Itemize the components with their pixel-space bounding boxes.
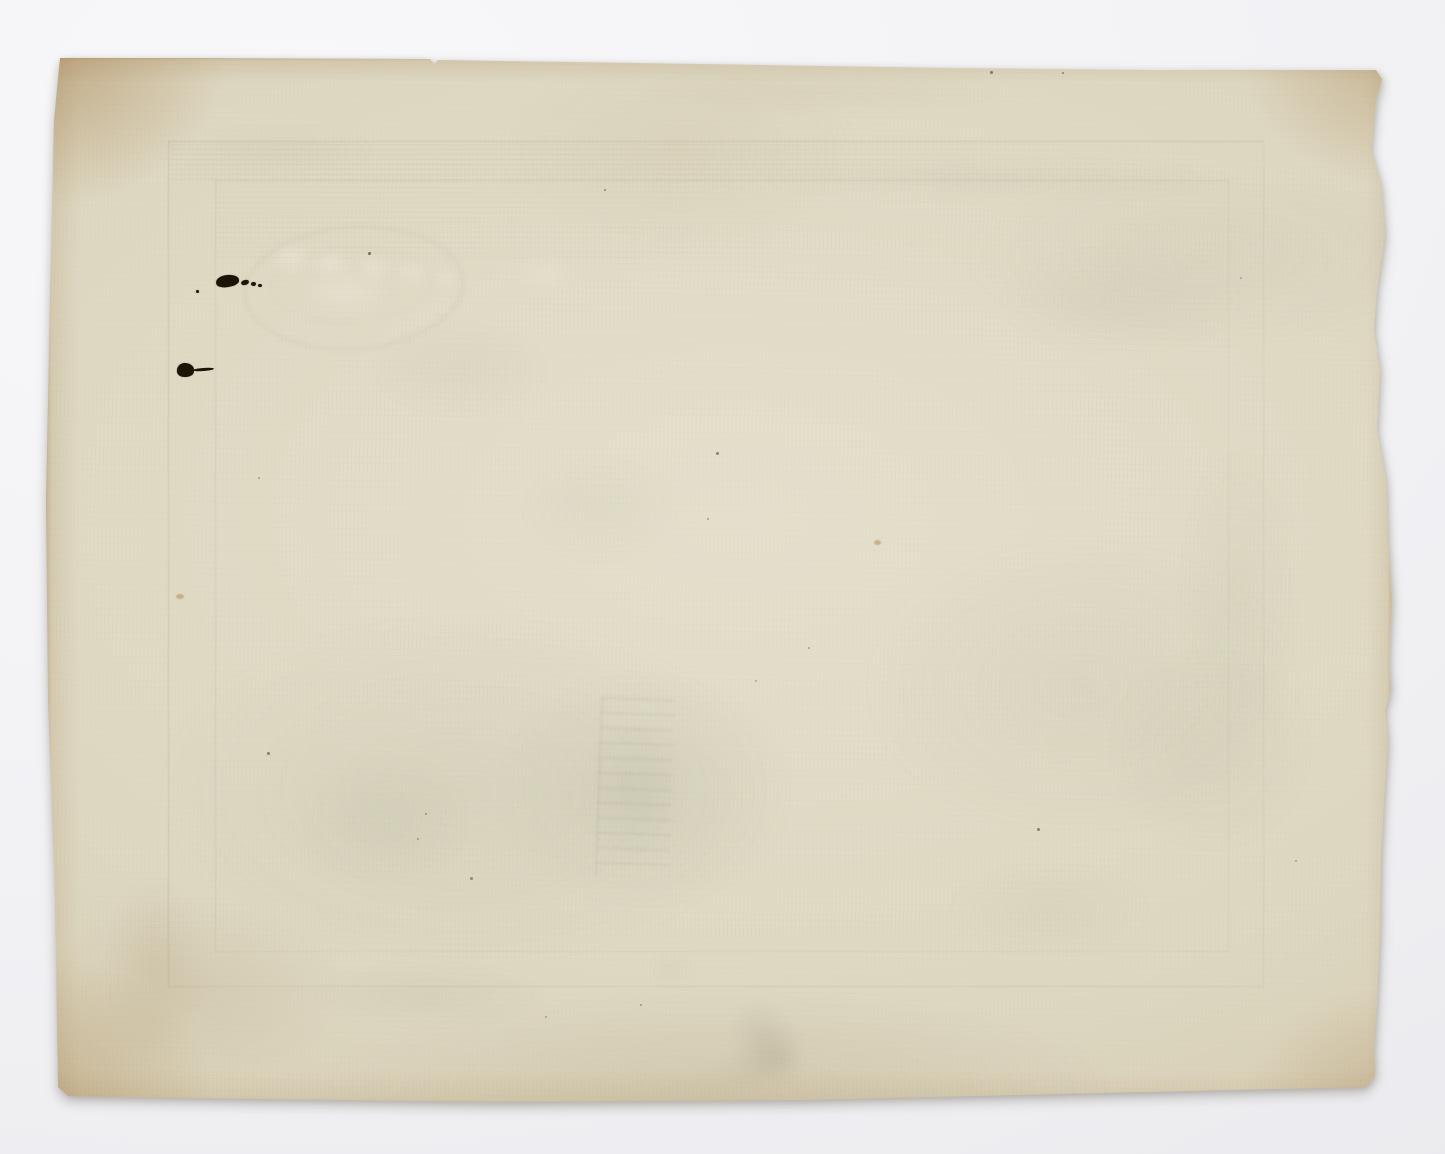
paper-speck [707,518,709,520]
ink-splatter-dot [258,284,262,287]
paper-speck [808,647,810,649]
paper-speck [545,1016,547,1018]
show-through-highlight [285,264,405,320]
show-through-blob [260,950,600,1040]
paper-speck [425,813,427,815]
paper-speck [267,752,270,755]
paper-speck [258,477,260,479]
paper-sheet-verso [46,57,1392,1106]
hatch-band [170,144,1260,182]
smudge-stain [743,1009,820,1098]
paper-speck [368,252,371,255]
paper-speck [604,189,606,191]
show-through-highlight [392,258,432,286]
paper-shadow [46,57,1392,1106]
show-through-blob [640,150,1360,210]
show-through-blob [430,620,860,960]
smudge-stain [640,950,700,990]
paper-texture [46,57,1392,1106]
show-through-blob [250,720,510,920]
paper-speck [1037,828,1040,831]
paper-speck [470,877,473,880]
show-through-blob [560,690,710,890]
smudge-stain [711,980,813,1098]
aging-stain [560,68,1080,114]
cartouche-inner-outline [268,242,435,327]
paper-speck [755,680,757,682]
ink-splatter-dot [240,279,249,286]
plate-mark-inner [215,180,1229,952]
plate-mark-outer [168,141,1264,987]
hatch-band-2 [215,182,855,262]
paper-speck [640,1004,642,1006]
aging-stain [95,850,215,1080]
ink-splatter-dot [251,282,256,286]
show-through-highlight [262,238,322,278]
paper-speck [1062,72,1064,74]
aging-stain [150,120,410,180]
show-through-blob [940,220,1300,380]
show-through-blob [1060,600,1360,900]
show-through-highlight [350,252,396,284]
paper-fiber [176,594,184,599]
paper-speck [1240,277,1242,279]
paper-speck [990,71,993,74]
show-through-blob [480,430,720,590]
ink-speck [196,290,199,293]
ink-tail [193,367,214,371]
smudge-stain [695,1043,821,1093]
cartouche-outline [240,218,468,357]
ladder-showthrough [595,697,675,879]
paper-fiber [874,540,881,545]
show-through-blob [1150,380,1330,800]
ink-spot [215,274,239,289]
show-through-blob [330,300,590,440]
paper-features [46,57,1392,1106]
show-through-blob [900,840,1200,980]
show-through-highlight [305,246,357,282]
show-through-highlight [428,266,462,290]
paper-speck [417,838,419,840]
photo-backdrop [0,0,1445,1154]
ink-spot [177,363,195,378]
paper-speck [1295,860,1297,862]
show-through-highlight [505,250,585,300]
paper-speck [716,452,719,455]
